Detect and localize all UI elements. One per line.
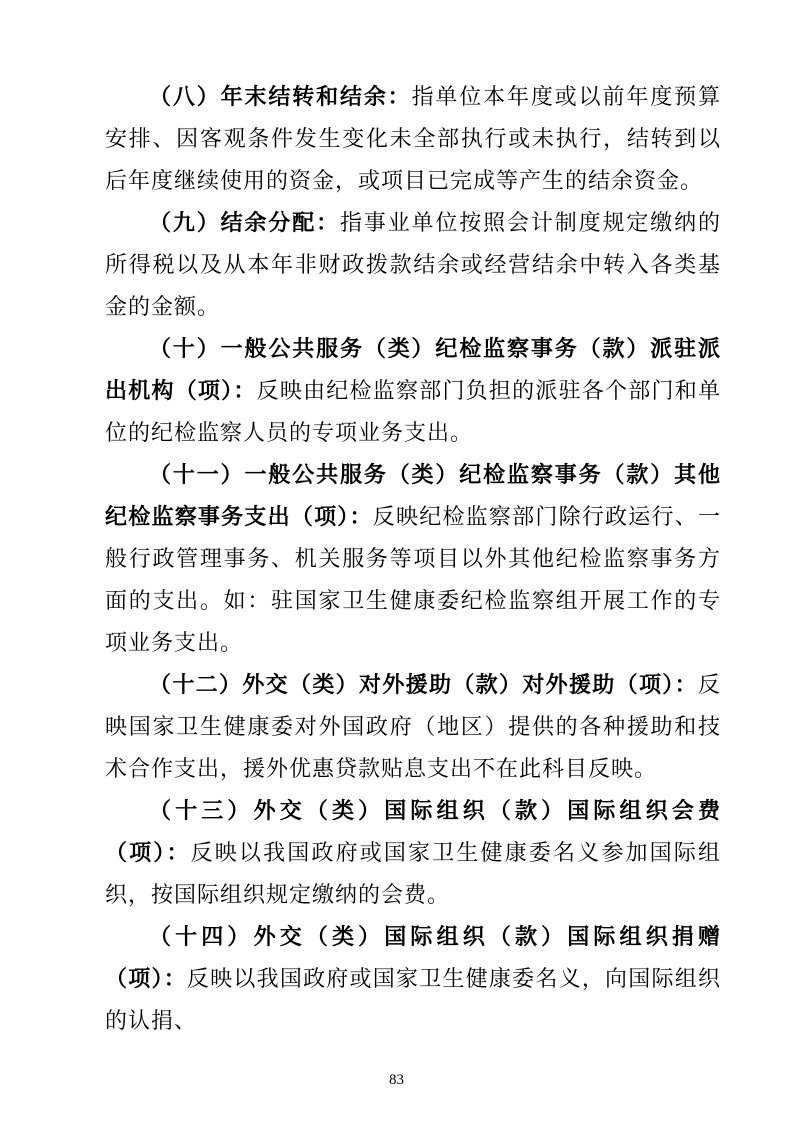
- paragraph-sec8-heading: （八）年末结转和结余：: [149, 84, 412, 109]
- paragraph-sec8: （八）年末结转和结余：指单位本年度或以前年度预算安排、因客观条件发生变化未全部执…: [105, 76, 721, 202]
- paragraph-sec12: （十二）外交（类）对外援助（款）对外援助（项）：反映国家卫生健康委对外国政府（地…: [105, 664, 721, 790]
- paragraph-sec12-heading: （十二）外交（类）对外援助（款）对外援助（项）：: [149, 672, 698, 697]
- document-body: （八）年末结转和结余：指单位本年度或以前年度预算安排、因客观条件发生变化未全部执…: [105, 76, 721, 1042]
- paragraph-sec11: （十一）一般公共服务（类）纪检监察事务（款）其他纪检监察事务支出（项）：反映纪检…: [105, 454, 721, 664]
- document-page: （八）年末结转和结余：指单位本年度或以前年度预算安排、因客观条件发生变化未全部执…: [0, 0, 793, 1122]
- paragraph-sec13: （十三）外交（类）国际组织（款）国际组织会费（项）：反映以我国政府或国家卫生健康…: [105, 790, 721, 916]
- paragraph-sec14-text: 反映以我国政府或国家卫生健康委名义，向国际组织的认捐、: [105, 966, 721, 1033]
- paragraph-sec9: （九）结余分配：指事业单位按照会计制度规定缴纳的所得税以及从本年非财政拨款结余或…: [105, 202, 721, 328]
- paragraph-sec14: （十四）外交（类）国际组织（款）国际组织捐赠（项）：反映以我国政府或国家卫生健康…: [105, 916, 721, 1042]
- paragraph-sec10: （十）一般公共服务（类）纪检监察事务（款）派驻派出机构（项）：反映由纪检监察部门…: [105, 328, 721, 454]
- page-number: 83: [0, 1070, 793, 1090]
- paragraph-sec13-text: 反映以我国政府或国家卫生健康委名义参加国际组织，按国际组织规定缴纳的会费。: [105, 840, 721, 907]
- paragraph-sec9-heading: （九）结余分配：: [149, 210, 340, 235]
